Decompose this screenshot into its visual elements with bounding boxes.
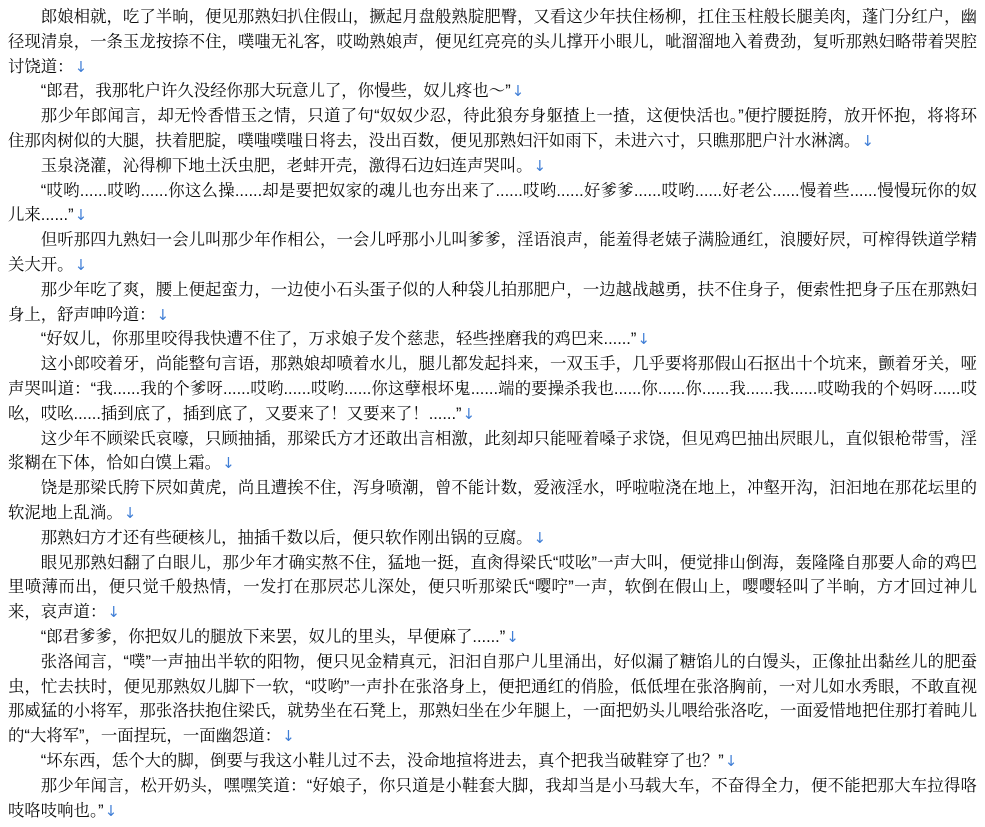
paragraph-text: 玉泉浇灌，沁得柳下地土沃虫肥，老蚌开壳，激得石边妇连声哭叫。	[41, 157, 533, 175]
paragraph: 饶是那梁氏胯下屄如黄虎，尚且遭挨不住，泻身喷潮，曾不能计数，爱液淫水，呼啦啦浇在…	[8, 476, 977, 526]
paragraph: “哎哟......哎哟......你这么操......却是要把奴家的魂儿也夯出来…	[8, 179, 977, 229]
paragraph: 那熟妇方才还有些硬核儿，抽插千数以后，便只软作刚出锅的豆腐。↓	[8, 526, 977, 551]
paragraph: 眼见那熟妇翻了白眼儿，那少年才确实熬不住，猛地一挺，直肏得梁氏“哎吆”一声大叫，…	[8, 551, 977, 625]
paragraph-text: “坏东西，恁个大的脚，倒要与我这小鞋儿过不去，没命地揎将进去，真个把我当破鞋穿了…	[41, 752, 724, 770]
line-break-mark-icon: ↓	[861, 132, 874, 150]
paragraph-text: 这少年不顾梁氏哀嚎，只顾抽插，那梁氏方才还敢出言相激，此刻却只能哑着嗓子求饶，但…	[8, 430, 977, 473]
paragraph: 这少年不顾梁氏哀嚎，只顾抽插，那梁氏方才还敢出言相激，此刻却只能哑着嗓子求饶，但…	[8, 427, 977, 477]
line-break-mark-icon: ↓	[75, 58, 88, 76]
line-break-mark-icon: ↓	[725, 752, 738, 770]
paragraph-text: 眼见那熟妇翻了白眼儿，那少年才确实熬不住，猛地一挺，直肏得梁氏“哎吆”一声大叫，…	[8, 554, 977, 622]
paragraph-text: 郎娘相就，吃了半晌，便见那熟妇扒住假山，撅起月盘般熟腚肥臀，又看这少年扶住杨柳，…	[8, 8, 977, 76]
paragraph: 那少年吃了爽，腰上便起蛮力，一边使小石头蛋子似的人种袋儿拍那肥户，一边越战越勇，…	[8, 278, 977, 328]
paragraph-text: 饶是那梁氏胯下屄如黄虎，尚且遭挨不住，泻身喷潮，曾不能计数，爱液淫水，呼啦啦浇在…	[8, 479, 977, 522]
paragraph-text: 但听那四九熟妇一会儿叫那少年作相公，一会儿呼那小儿叫爹爹，淫语浪声，能羞得老婊子…	[8, 231, 977, 274]
paragraph-text: “郎君，我那牝户许久没经你那大玩意儿了，你慢些，奴儿疼也～”	[41, 82, 511, 100]
paragraph: 但听那四九熟妇一会儿叫那少年作相公，一会儿呼那小儿叫爹爹，淫语浪声，能羞得老婊子…	[8, 228, 977, 278]
paragraph-text: 那少年吃了爽，腰上便起蛮力，一边使小石头蛋子似的人种袋儿拍那肥户，一边越战越勇，…	[8, 281, 977, 324]
paragraph-text: 那熟妇方才还有些硬核儿，抽插千数以后，便只软作刚出锅的豆腐。	[41, 529, 533, 547]
paragraph: 那少年郎闻言，却无怜香惜玉之情，只道了句“奴奴少忍，待此狼夯身躯揸上一揸，这便快…	[8, 104, 977, 154]
line-break-mark-icon: ↓	[124, 504, 137, 522]
paragraph: 玉泉浇灌，沁得柳下地土沃虫肥，老蚌开壳，激得石边妇连声哭叫。↓	[8, 154, 977, 179]
paragraph: 张洛闻言，“噗”一声抽出半软的阳物，便只见金精真元，汩汩自那户儿里涌出，好似漏了…	[8, 650, 977, 749]
line-break-mark-icon: ↓	[534, 529, 547, 547]
line-break-mark-icon: ↓	[534, 157, 547, 175]
line-break-mark-icon: ↓	[506, 628, 519, 646]
paragraph: 那少年闻言，松开奶头，嘿嘿笑道：“好娘子，你只道是小鞋套大脚，我却当是小马载大车…	[8, 774, 977, 824]
paragraph-text: 那少年闻言，松开奶头，嘿嘿笑道：“好娘子，你只道是小鞋套大脚，我却当是小马载大车…	[8, 777, 977, 820]
paragraph-text: 这小郎咬着牙，尚能整句言语，那熟娘却喷着水儿，腿儿都发起抖来，一双玉手，几乎要将…	[8, 355, 977, 423]
line-break-mark-icon: ↓	[462, 405, 475, 423]
line-break-mark-icon: ↓	[637, 330, 650, 348]
paragraph: 郎娘相就，吃了半晌，便见那熟妇扒住假山，撅起月盘般熟腚肥臀，又看这少年扶住杨柳，…	[8, 5, 977, 79]
line-break-mark-icon: ↓	[75, 206, 88, 224]
paragraph: 这小郎咬着牙，尚能整句言语，那熟娘却喷着水儿，腿儿都发起抖来，一双玉手，几乎要将…	[8, 352, 977, 426]
line-break-mark-icon: ↓	[107, 603, 120, 621]
paragraph: “郎君，我那牝户许久没经你那大玩意儿了，你慢些，奴儿疼也～”↓	[8, 79, 977, 104]
line-break-mark-icon: ↓	[105, 802, 118, 820]
paragraph-text: “好奴儿，你那里咬得我快遭不住了，万求娘子发个慈悲，轻些挫磨我的鸡巴来.....…	[41, 330, 637, 348]
line-break-mark-icon: ↓	[282, 727, 295, 745]
line-break-mark-icon: ↓	[75, 256, 88, 274]
paragraph: “好奴儿，你那里咬得我快遭不住了，万求娘子发个慈悲，轻些挫磨我的鸡巴来.....…	[8, 327, 977, 352]
line-break-mark-icon: ↓	[157, 306, 170, 324]
paragraph: “郎君爹爹，你把奴儿的腿放下来罢，奴儿的里头，早便麻了......”↓	[8, 625, 977, 650]
line-break-mark-icon: ↓	[512, 82, 525, 100]
paragraph-text: 张洛闻言，“噗”一声抽出半软的阳物，便只见金精真元，汩汩自那户儿里涌出，好似漏了…	[8, 653, 977, 745]
paragraph-text: 那少年郎闻言，却无怜香惜玉之情，只道了句“奴奴少忍，待此狼夯身躯揸上一揸，这便快…	[8, 107, 977, 150]
paragraph-text: “郎君爹爹，你把奴儿的腿放下来罢，奴儿的里头，早便麻了......”	[41, 628, 505, 646]
paragraph-text: “哎哟......哎哟......你这么操......却是要把奴家的魂儿也夯出来…	[8, 182, 977, 225]
document-body[interactable]: 郎娘相就，吃了半晌，便见那熟妇扒住假山，撅起月盘般熟腚肥臀，又看这少年扶住杨柳，…	[0, 0, 985, 827]
line-break-mark-icon: ↓	[222, 454, 235, 472]
paragraph: “坏东西，恁个大的脚，倒要与我这小鞋儿过不去，没命地揎将进去，真个把我当破鞋穿了…	[8, 749, 977, 774]
